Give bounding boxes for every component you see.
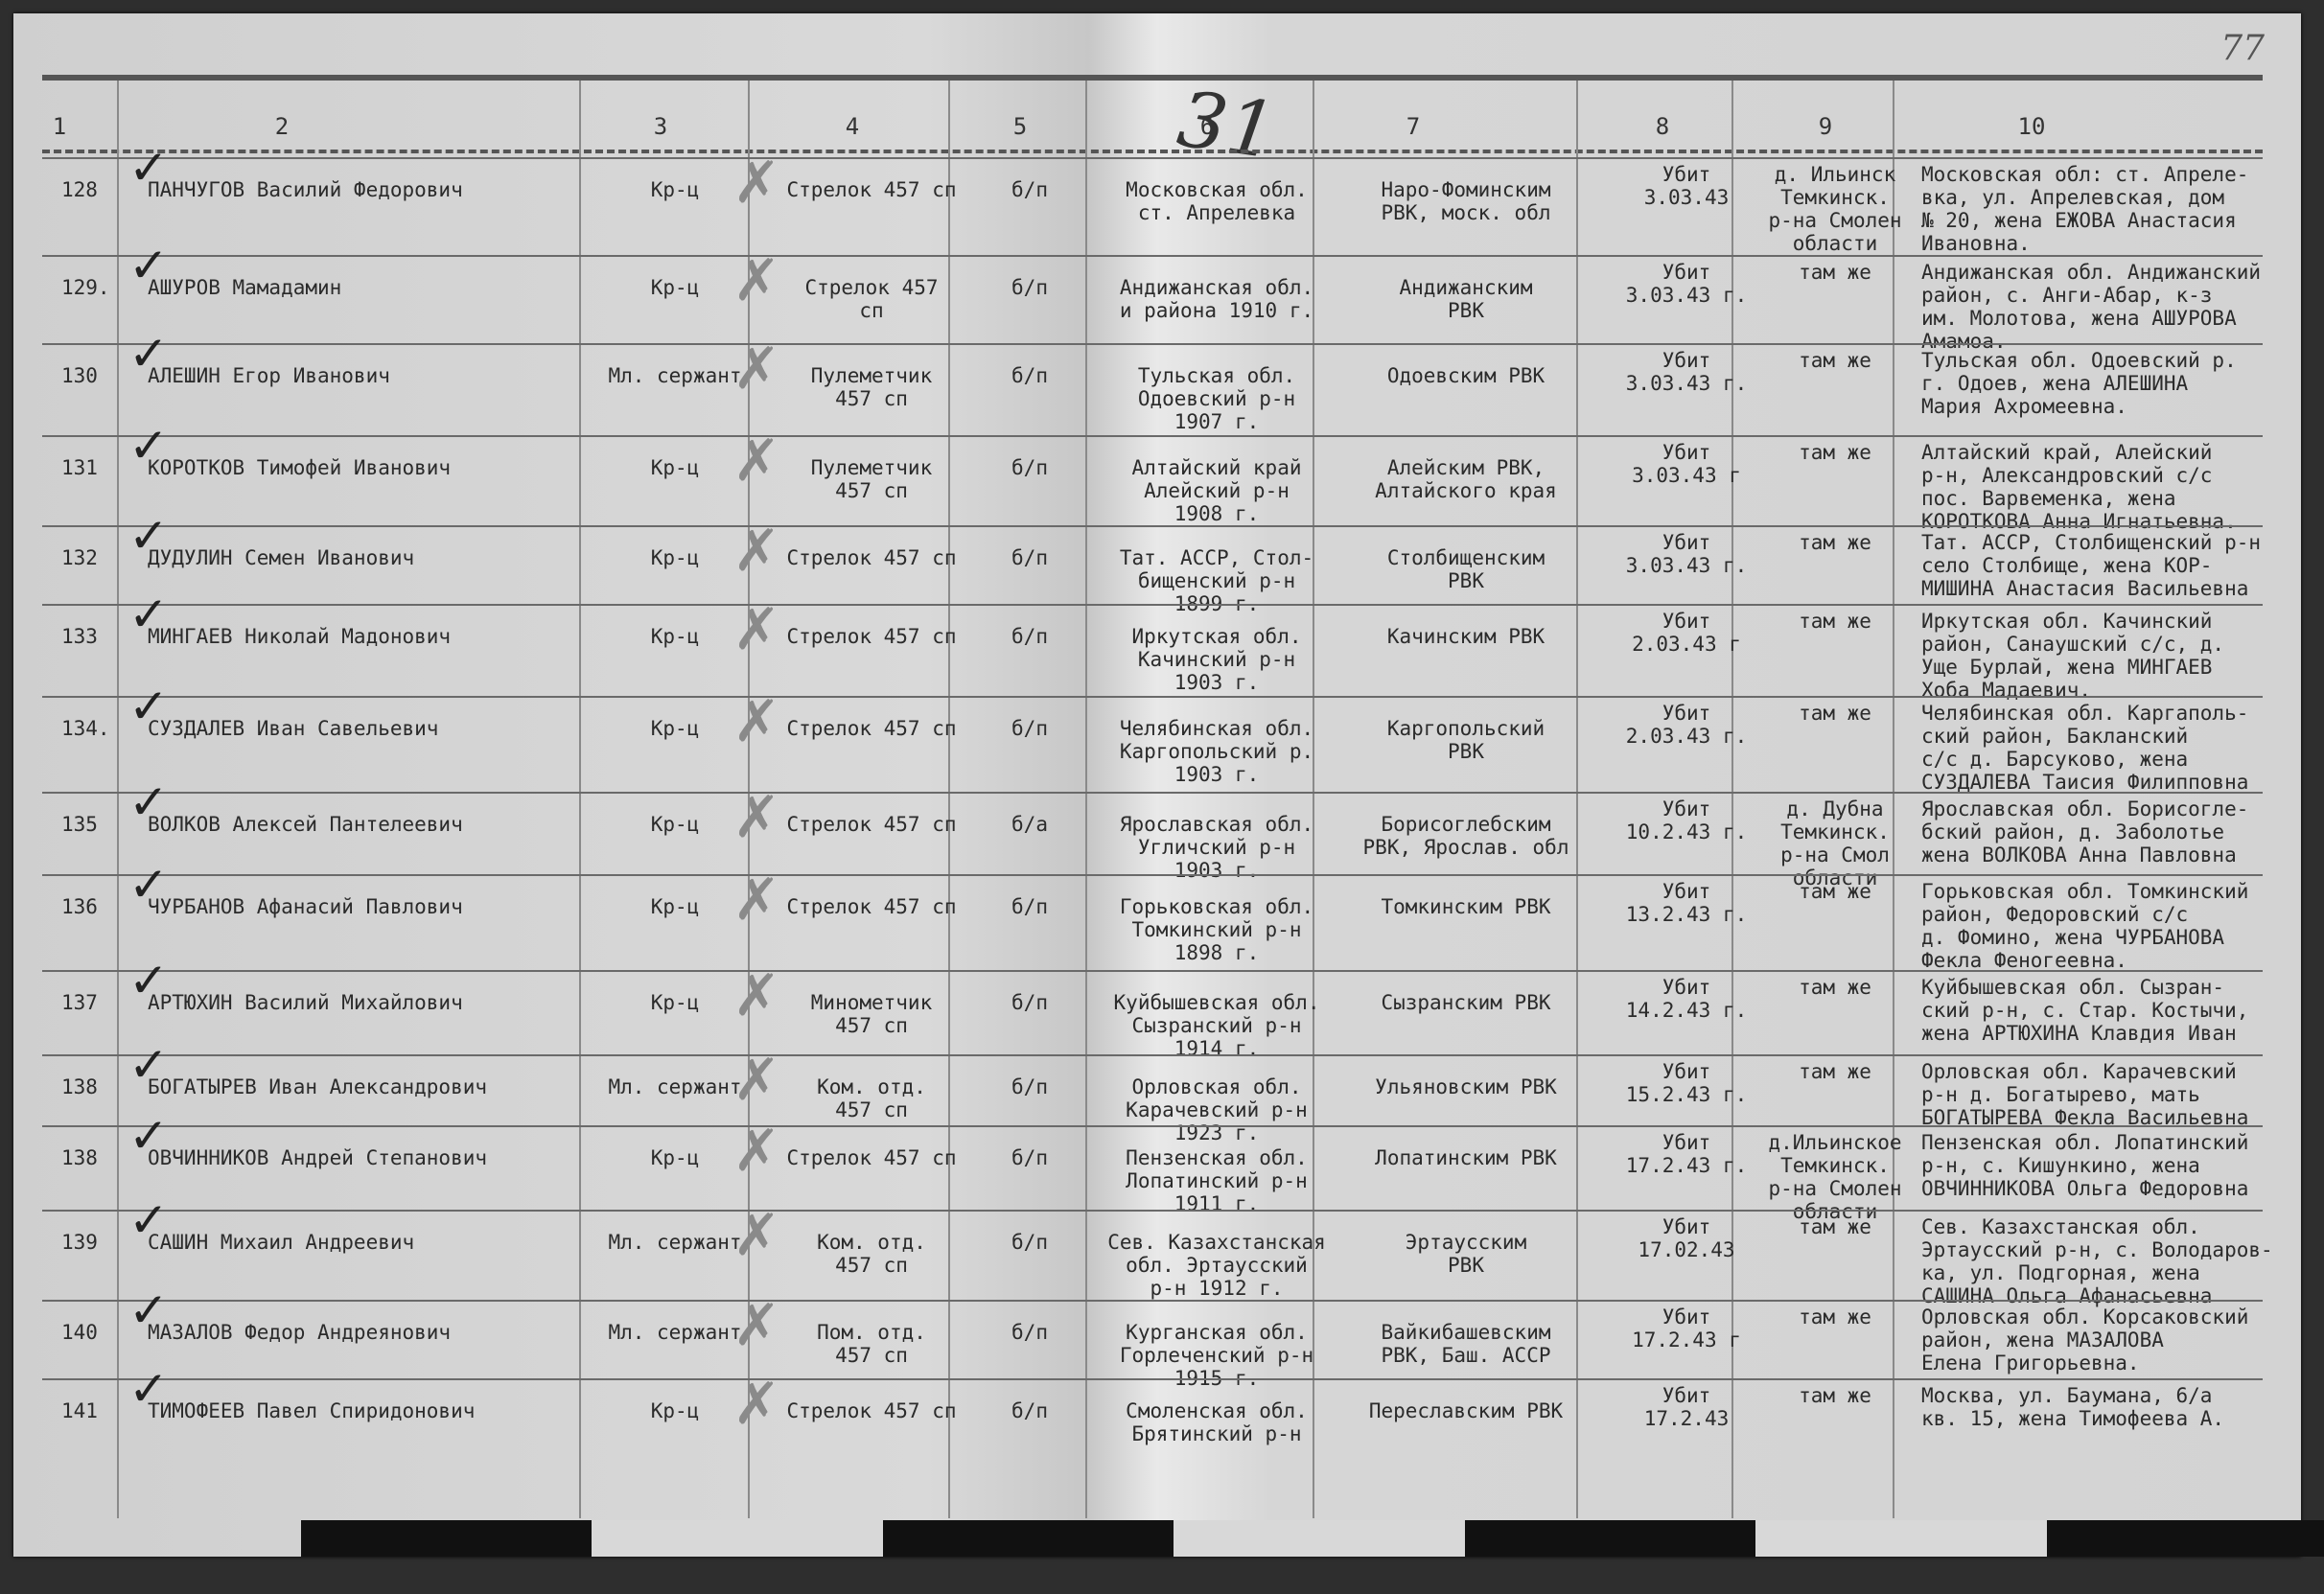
checkmark-icon: ✓	[128, 587, 169, 642]
fate-date: Убит 2.03.43 г	[1605, 610, 1768, 656]
burial-place: там же	[1749, 1215, 1921, 1238]
position: Стрелок 457 сп	[752, 1399, 991, 1422]
cross-mark-icon: ✗	[732, 866, 780, 934]
party-status: б/п	[963, 1231, 1097, 1254]
top-rule	[42, 75, 2263, 81]
position: Стрелок 457 сп	[752, 625, 991, 648]
soldier-name: МИНГАЕВ Николай Мадонович	[148, 625, 617, 648]
soldier-name: МАЗАЛОВ Федор Андреянович	[148, 1321, 617, 1344]
fate-date: Убит 15.2.43 г.	[1605, 1060, 1768, 1106]
fate-date: Убит 13.2.43 г.	[1605, 880, 1768, 926]
col-num-10: 10	[2018, 113, 2046, 140]
soldier-name: САШИН Михаил Андреевич	[148, 1231, 617, 1254]
checkmark-icon: ✓	[128, 1108, 169, 1164]
record-number: 131	[61, 456, 128, 479]
position: Стрелок 457 сп	[752, 895, 991, 918]
record-number: 136	[61, 895, 128, 918]
relatives-address: Андижанская обл. Андижанский район, с. А…	[1921, 261, 2300, 353]
checkmark-icon: ✓	[128, 326, 169, 381]
burial-place: там же	[1749, 702, 1921, 725]
party-status: б/п	[963, 717, 1097, 740]
burial-place: там же	[1749, 349, 1921, 372]
birthplace-year: Пензенская обл. Лопатинский р-н 1911 г.	[1097, 1146, 1336, 1215]
draft-office: Наро-Фоминским РВК, моск. обл	[1327, 178, 1605, 224]
cross-mark-icon: ✗	[732, 1371, 780, 1438]
cross-mark-icon: ✗	[732, 1118, 780, 1185]
cross-mark-icon: ✗	[732, 784, 780, 851]
table-row: 133МИНГАЕВ Николай МадоновичКр-цСтрелок …	[42, 604, 2263, 606]
fate-date: Убит 3.03.43 г.	[1605, 531, 1768, 577]
burial-place: там же	[1749, 531, 1921, 554]
fate-date: Убит 17.2.43 г.	[1605, 1131, 1768, 1177]
position: Стрелок 457 сп	[752, 178, 991, 201]
record-number: 129.	[61, 276, 128, 299]
party-status: б/п	[963, 895, 1097, 918]
table-row: 128ПАНЧУГОВ Василий ФедоровичКр-цСтрелок…	[42, 157, 2263, 159]
birthplace-year: Иркутская обл. Качинский р-н 1903 г.	[1097, 625, 1336, 694]
cross-mark-icon: ✗	[732, 1202, 780, 1269]
table-row: 131КОРОТКОВ Тимофей ИвановичКр-цПулеметч…	[42, 435, 2263, 437]
relatives-address: Алтайский край, Алейский р-н, Александро…	[1921, 441, 2300, 533]
party-status: б/п	[963, 1321, 1097, 1344]
birthplace-year: Орловская обл. Карачевский р-н 1923 г.	[1097, 1075, 1336, 1144]
party-status: б/п	[963, 178, 1097, 201]
cross-mark-icon: ✗	[732, 518, 780, 585]
relatives-address: Орловская обл. Корсаковский район, жена …	[1921, 1305, 2300, 1375]
position: Стрелок 457 сп	[752, 717, 991, 740]
relatives-address: Орловская обл. Карачевский р-н д. Богаты…	[1921, 1060, 2300, 1129]
party-status: б/п	[963, 456, 1097, 479]
party-status: б/п	[963, 546, 1097, 569]
soldier-name: БОГАТЫРЕВ Иван Александрович	[148, 1075, 617, 1098]
party-status: б/п	[963, 991, 1097, 1014]
relatives-address: Тульская обл. Одоевский р. г. Одоев, жен…	[1921, 349, 2300, 418]
cross-mark-icon: ✗	[732, 596, 780, 663]
birthplace-year: Челябинская обл. Каргопольский р. 1903 г…	[1097, 717, 1336, 786]
relatives-address: Челябинская обл. Каргаполь- ский район, …	[1921, 702, 2300, 794]
record-number: 130	[61, 364, 128, 387]
relatives-address: Московская обл: ст. Апреле- вка, ул. Апр…	[1921, 163, 2300, 255]
record-number: 139	[61, 1231, 128, 1254]
checkmark-icon: ✓	[128, 953, 169, 1008]
draft-office: Лопатинским РВК	[1327, 1146, 1605, 1169]
position: Ком. отд. 457 сп	[752, 1231, 991, 1277]
table-row: 139САШИН Михаил АндреевичМл. сержантКом.…	[42, 1210, 2263, 1212]
checkmark-icon: ✓	[128, 1361, 169, 1417]
draft-office: Ульяновским РВК	[1327, 1075, 1605, 1098]
party-status: б/п	[963, 1075, 1097, 1098]
party-status: б/п	[963, 364, 1097, 387]
soldier-name: ОВЧИННИКОВ Андрей Степанович	[148, 1146, 617, 1169]
checkmark-icon: ✓	[128, 1192, 169, 1248]
table-row: 140МАЗАЛОВ Федор АндреяновичМл. сержантП…	[42, 1300, 2263, 1302]
fate-date: Убит 17.02.43	[1605, 1215, 1768, 1261]
burial-place: там же	[1749, 1060, 1921, 1083]
record-number: 134.	[61, 717, 128, 740]
birthplace-year: Андижанская обл. и района 1910 г.	[1097, 276, 1336, 322]
soldier-name: АЛЕШИН Егор Иванович	[148, 364, 617, 387]
party-status: б/п	[963, 276, 1097, 299]
fate-date: Убит 3.03.43	[1605, 163, 1768, 209]
header-rule	[42, 150, 2263, 153]
soldier-name: ВОЛКОВ Алексей Пантелеевич	[148, 813, 617, 836]
position: Стрелок 457 сп	[752, 1146, 991, 1169]
checkmark-icon: ✓	[128, 1282, 169, 1338]
checkmark-icon: ✓	[128, 238, 169, 293]
draft-office: Одоевским РВК	[1327, 364, 1605, 387]
soldier-name: ТИМОФЕЕВ Павел Спиридонович	[148, 1399, 617, 1422]
birthplace-year: Горьковская обл. Томкинский р-н 1898 г.	[1097, 895, 1336, 964]
record-number: 137	[61, 991, 128, 1014]
position: Стрелок 457 сп	[752, 276, 991, 322]
col-num-8: 8	[1656, 113, 1669, 140]
draft-office: Переславским РВК	[1327, 1399, 1605, 1422]
soldier-name: ДУДУЛИН Семен Иванович	[148, 546, 617, 569]
relatives-address: Иркутская обл. Качинский район, Санаушск…	[1921, 610, 2300, 702]
document-sheet: 77 31 1 2 3 4 5 6 7 8 9 10 128ПАНЧУГОВ В…	[13, 13, 2301, 1557]
relatives-address: Сев. Казахстанская обл. Эртаусский р-н, …	[1921, 1215, 2300, 1307]
soldier-name: СУЗДАЛЕВ Иван Савельевич	[148, 717, 617, 740]
table-row: 135ВОЛКОВ Алексей ПантелеевичКр-цСтрелок…	[42, 792, 2263, 794]
col-num-5: 5	[1013, 113, 1027, 140]
burial-place: там же	[1749, 880, 1921, 903]
draft-office: Качинским РВК	[1327, 625, 1605, 648]
cross-mark-icon: ✗	[732, 150, 780, 217]
birthplace-year: Алтайский край Алейский р-н 1908 г.	[1097, 456, 1336, 525]
record-number: 141	[61, 1399, 128, 1422]
col-num-1: 1	[53, 113, 66, 140]
draft-office: Эртаусским РВК	[1327, 1231, 1605, 1277]
relatives-address: Пензенская обл. Лопатинский р-н, с. Кишу…	[1921, 1131, 2300, 1200]
col-num-2: 2	[275, 113, 289, 140]
birthplace-year: Московская обл. ст. Апрелевка	[1097, 178, 1336, 224]
relatives-address: Куйбышевская обл. Сызран- ский р-н, с. С…	[1921, 976, 2300, 1045]
fate-date: Убит 3.03.43 г	[1605, 441, 1768, 487]
record-number: 132	[61, 546, 128, 569]
record-number: 135	[61, 813, 128, 836]
col-num-9: 9	[1819, 113, 1832, 140]
table-row: 129.АШУРОВ МамадаминКр-цСтрелок 457 спб/…	[42, 255, 2263, 257]
col-num-4: 4	[846, 113, 859, 140]
fate-date: Убит 10.2.43 г.	[1605, 797, 1768, 843]
cross-mark-icon: ✗	[732, 688, 780, 755]
fate-date: Убит 17.2.43	[1605, 1384, 1768, 1430]
fate-date: Убит 3.03.43 г.	[1605, 261, 1768, 307]
birthplace-year: Ярославская обл. Угличский р-н 1903 г.	[1097, 813, 1336, 882]
cross-mark-icon: ✗	[732, 1047, 780, 1114]
checkmark-icon: ✓	[128, 857, 169, 913]
draft-office: Андижанским РВК	[1327, 276, 1605, 322]
draft-office: Алейским РВК, Алтайского края	[1327, 456, 1605, 502]
table-row: 132ДУДУЛИН Семен ИвановичКр-цСтрелок 457…	[42, 525, 2263, 527]
fate-date: Убит 14.2.43 г.	[1605, 976, 1768, 1022]
checkmark-icon: ✓	[128, 508, 169, 564]
draft-office: Томкинским РВК	[1327, 895, 1605, 918]
fate-date: Убит 2.03.43 г.	[1605, 702, 1768, 748]
checkmark-icon: ✓	[128, 418, 169, 474]
position: Стрелок 457 сп	[752, 813, 991, 836]
draft-office: Столбищенским РВК	[1327, 546, 1605, 592]
relatives-address: Москва, ул. Баумана, 6/а кв. 15, жена Ти…	[1921, 1384, 2300, 1430]
position: Пулеметчик 457 сп	[752, 364, 991, 410]
fate-date: Убит 17.2.43 г	[1605, 1305, 1768, 1351]
party-status: б/п	[963, 1146, 1097, 1169]
position: Стрелок 457 сп	[752, 546, 991, 569]
soldier-name: КОРОТКОВ Тимофей Иванович	[148, 456, 617, 479]
table-row: 130АЛЕШИН Егор ИвановичМл. сержантПулеме…	[42, 343, 2263, 345]
draft-office: Борисоглебским РВК, Ярослав. обл	[1327, 813, 1605, 859]
table-row: 134.СУЗДАЛЕВ Иван СавельевичКр-цСтрелок …	[42, 696, 2263, 698]
record-number: 140	[61, 1321, 128, 1344]
soldier-name: ЧУРБАНОВ Афанасий Павлович	[148, 895, 617, 918]
record-number: 138	[61, 1075, 128, 1098]
table-row: 141ТИМОФЕЕВ Павел СпиридоновичКр-цСтрело…	[42, 1378, 2263, 1380]
burial-place: там же	[1749, 441, 1921, 464]
relatives-address: Ярославская обл. Борисогле- бский район,…	[1921, 797, 2300, 866]
record-number: 133	[61, 625, 128, 648]
checkmark-icon: ✓	[128, 140, 169, 196]
soldier-name: ПАНЧУГОВ Василий Федорович	[148, 178, 617, 201]
record-number: 138	[61, 1146, 128, 1169]
burial-place: там же	[1749, 976, 1921, 999]
birthplace-year: Смоленская обл. Брятинский р-н	[1097, 1399, 1336, 1445]
position: Пом. отд. 457 сп	[752, 1321, 991, 1367]
position: Ком. отд. 457 сп	[752, 1075, 991, 1121]
position: Минометчик 457 сп	[752, 991, 991, 1037]
soldier-name: АШУРОВ Мамадамин	[148, 276, 617, 299]
col-num-6: 6	[1200, 113, 1214, 140]
col-num-7: 7	[1406, 113, 1420, 140]
table-row: 136ЧУРБАНОВ Афанасий ПавловичКр-цСтрелок…	[42, 874, 2263, 876]
burial-place: там же	[1749, 1384, 1921, 1407]
party-status: б/п	[963, 1399, 1097, 1422]
fate-date: Убит 3.03.43 г.	[1605, 349, 1768, 395]
cross-mark-icon: ✗	[732, 427, 780, 495]
checkmark-icon: ✓	[128, 774, 169, 830]
party-status: б/п	[963, 625, 1097, 648]
col-num-3: 3	[654, 113, 667, 140]
relatives-address: Тат. АССР, Столбищенский р-н село Столби…	[1921, 531, 2300, 600]
position: Пулеметчик 457 сп	[752, 456, 991, 502]
relatives-address: Горьковская обл. Томкинский район, Федор…	[1921, 880, 2300, 972]
checkmark-icon: ✓	[128, 1037, 169, 1093]
cross-mark-icon: ✗	[732, 1292, 780, 1359]
birthplace-year: Куйбышевская обл. Сызранский р-н 1914 г.	[1097, 991, 1336, 1060]
page-number: 77	[2220, 29, 2265, 68]
burial-place: там же	[1749, 261, 1921, 284]
burial-place: д. Ильинск Темкинск. р-на Смолен области	[1749, 163, 1921, 255]
cross-mark-icon: ✗	[732, 335, 780, 403]
party-status: б/а	[963, 813, 1097, 836]
birthplace-year: Сев. Казахстанская обл. Эртаусский р-н 1…	[1097, 1231, 1336, 1300]
draft-office: Каргопольский РВК	[1327, 717, 1605, 763]
cross-mark-icon: ✗	[732, 247, 780, 314]
birthplace-year: Тульская обл. Одоевский р-н 1907 г.	[1097, 364, 1336, 433]
table-row: 137АРТЮХИН Василий МихайловичКр-цМиномет…	[42, 970, 2263, 972]
checkmark-icon: ✓	[128, 679, 169, 734]
cross-mark-icon: ✗	[732, 962, 780, 1029]
soldier-name: АРТЮХИН Василий Михайлович	[148, 991, 617, 1014]
scale-ruler	[301, 1520, 2324, 1557]
record-number: 128	[61, 178, 128, 201]
draft-office: Вайкибашевским РВК, Баш. АССР	[1327, 1321, 1605, 1367]
column-number-header: 1 2 3 4 5 6 7 8 9 10	[13, 113, 2301, 142]
table-row: 138ОВЧИННИКОВ Андрей СтепановичКр-цСтрел…	[42, 1125, 2263, 1127]
draft-office: Сызранским РВК	[1327, 991, 1605, 1014]
burial-place: там же	[1749, 610, 1921, 633]
table-row: 138БОГАТЫРЕВ Иван АлександровичМл. сержа…	[42, 1054, 2263, 1056]
burial-place: там же	[1749, 1305, 1921, 1328]
